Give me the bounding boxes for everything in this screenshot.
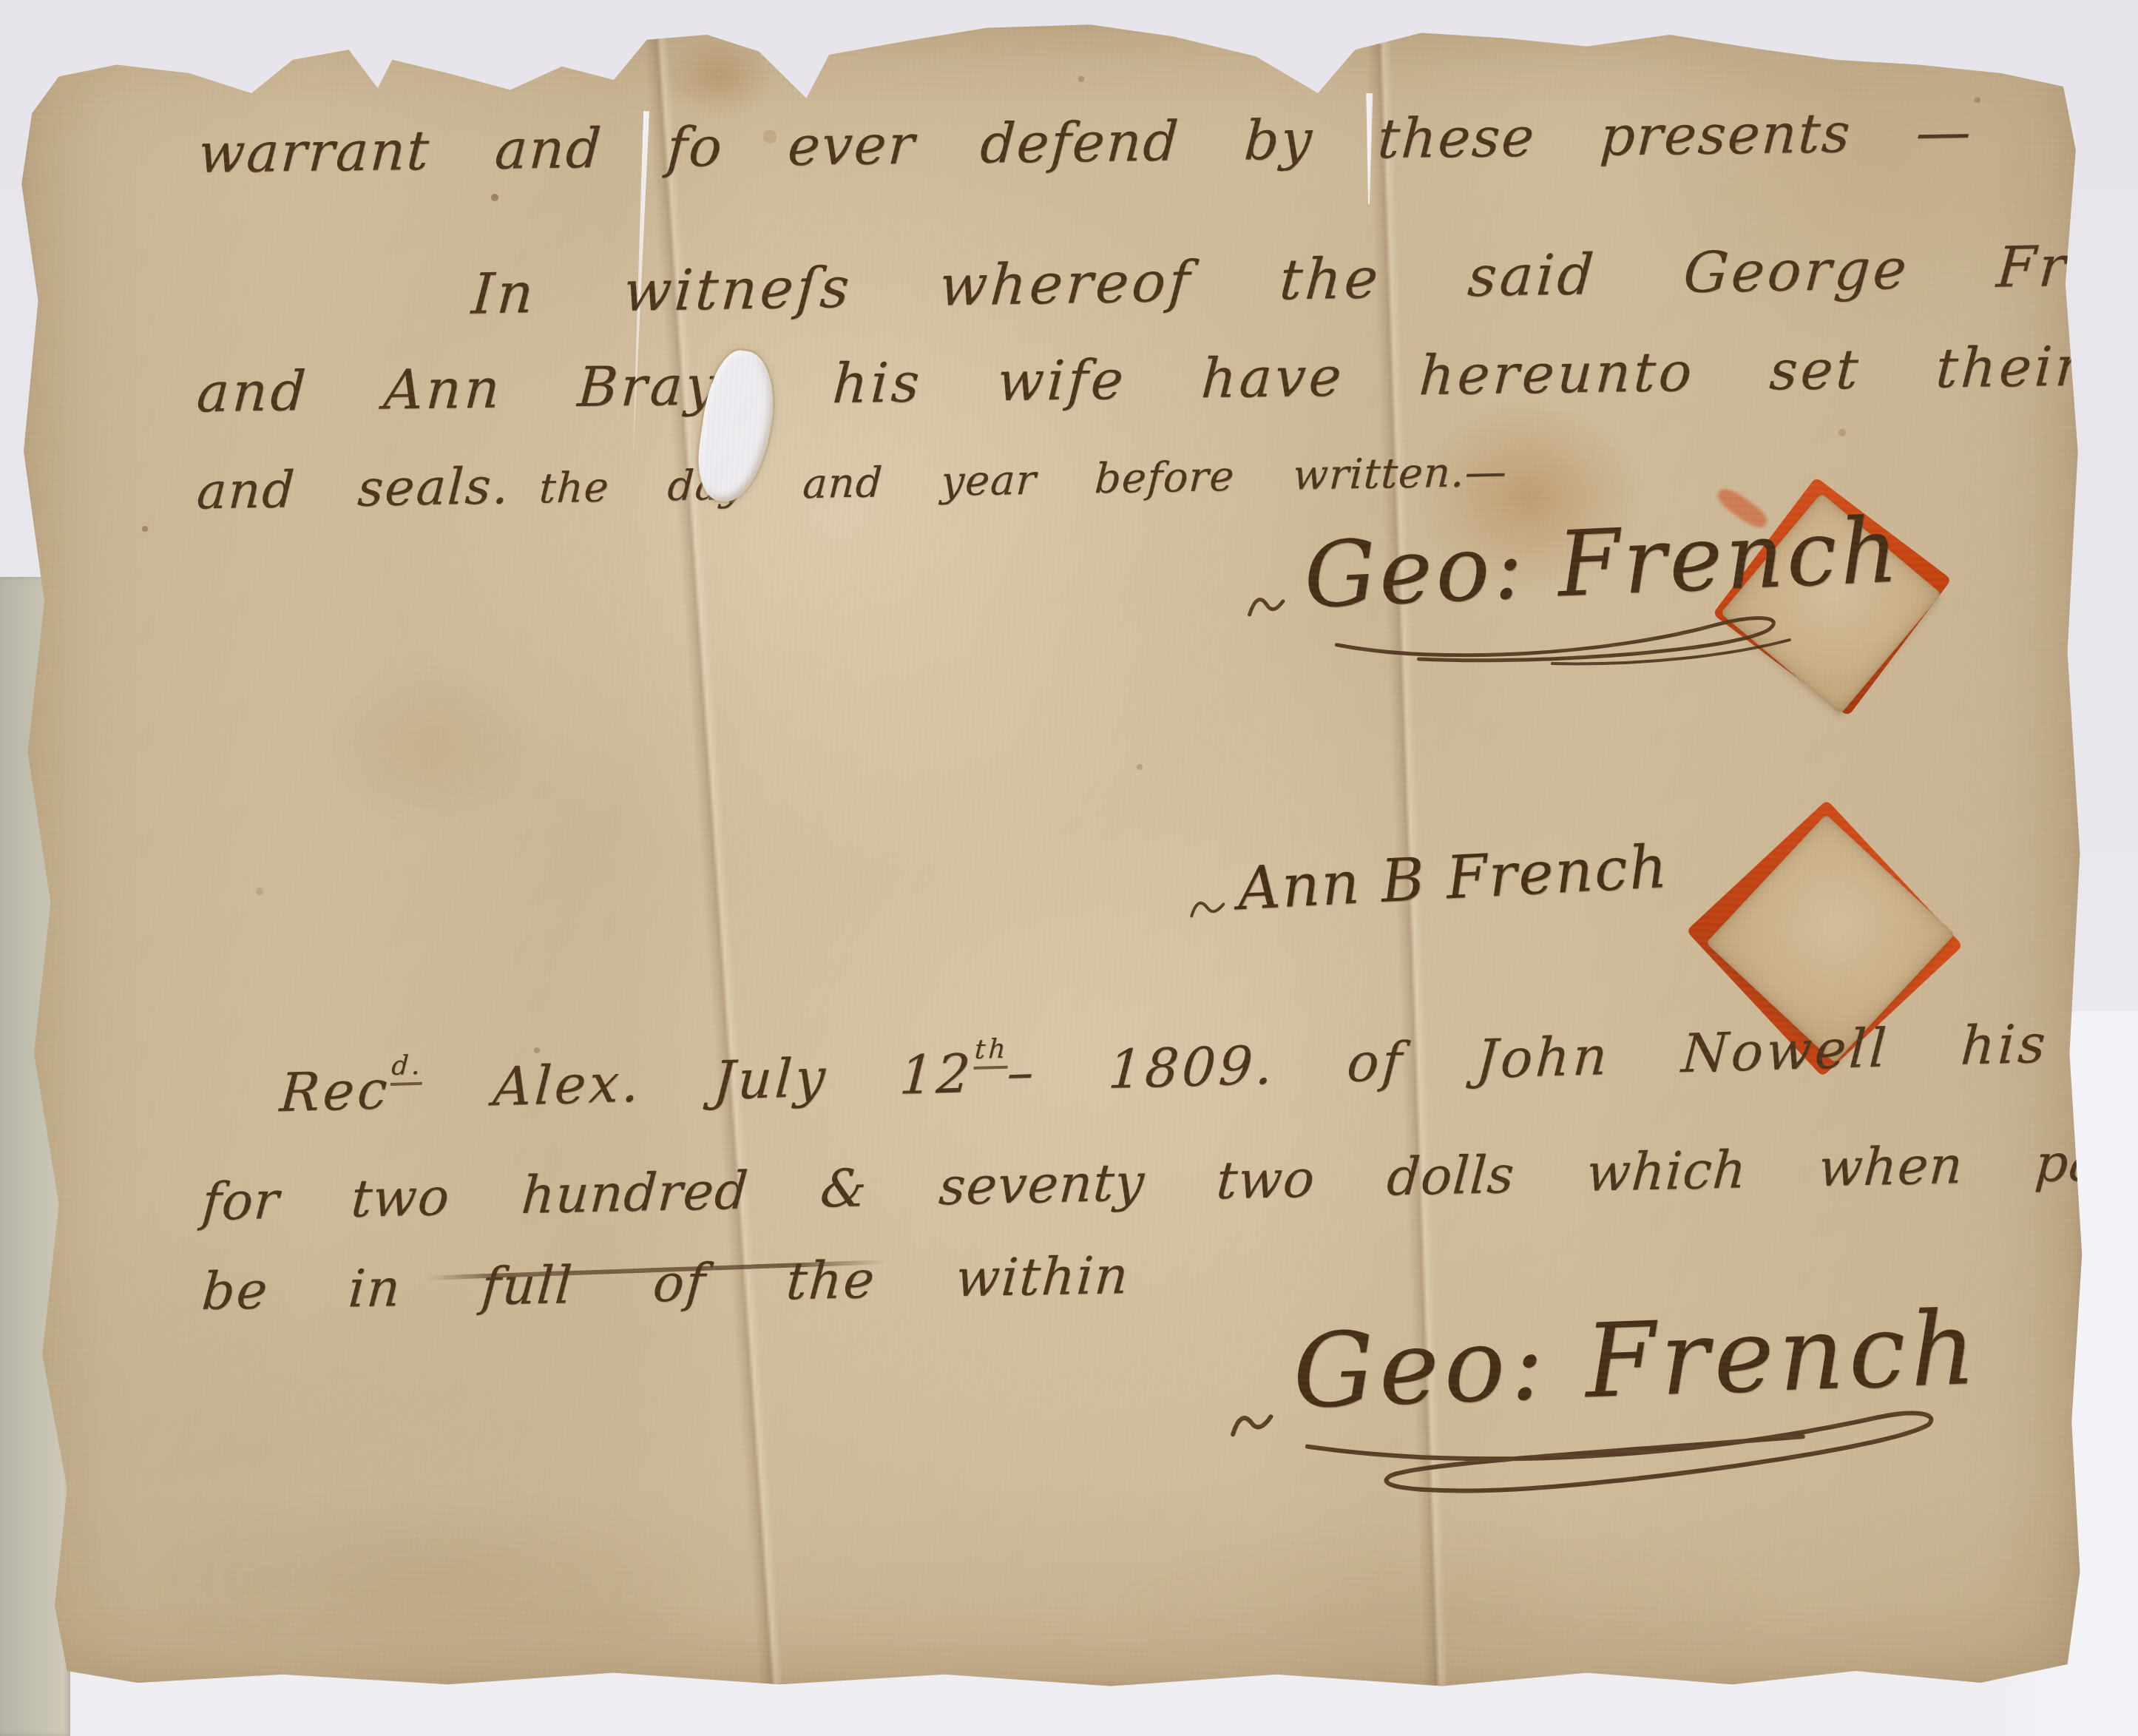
stain	[324, 667, 531, 823]
handwritten-line-receipt-close: be in full of the within	[200, 1245, 1131, 1322]
signature-paraph-mark	[1185, 886, 1231, 928]
stain	[146, 1488, 708, 1673]
signature-paraph-mark	[1226, 1399, 1279, 1449]
superscript-d: d.	[390, 1050, 424, 1086]
foxing-specks	[13, 16, 18, 21]
handwritten-line-ann-brayn: and Ann Brayn his wife have hereunto set…	[195, 331, 2138, 425]
signature-text: Ann B French	[1236, 832, 1670, 923]
handwritten-line-warrant: warrant and fo ever defend by these pres…	[197, 100, 1975, 185]
receipt-year-payer: – 1809. of John Nowell his note	[1005, 1007, 2138, 1104]
handwritten-phrase-and-seals: and seals.	[195, 457, 512, 521]
manuscript-page: warrant and fo ever defend by these pres…	[13, 16, 2084, 1689]
signature-paraph-mark	[1242, 581, 1292, 628]
stain	[664, 36, 775, 117]
signature-ann-b-french: Ann B French	[1236, 832, 1670, 923]
signature-george-french-bottom: Geo: French	[1290, 1289, 1982, 1431]
superscript-th: th	[973, 1034, 1009, 1070]
handwritten-phrase-day-year: the day and year before written.—	[538, 448, 1509, 513]
signature-flourish	[1285, 1402, 1953, 1528]
handwritten-line-seals: and seals.the day and year before writte…	[195, 439, 1509, 521]
stain	[1108, 1525, 1788, 1688]
receipt-word-recd: Rec	[278, 1058, 392, 1124]
photo-of-document: warrant and fo ever defend by these pres…	[0, 0, 2138, 1736]
handwritten-line-receipt-date: Recd. Alex. July 12th– 1809. of John Now…	[278, 1007, 2138, 1124]
handwritten-line-witness: In witneſs whereof the said George Frenc…	[470, 230, 2138, 326]
receipt-place-date: Alex. July 12	[420, 1042, 975, 1120]
handwritten-line-receipt-amount: for two hundred & seventy two dolls whic…	[200, 1127, 2138, 1232]
